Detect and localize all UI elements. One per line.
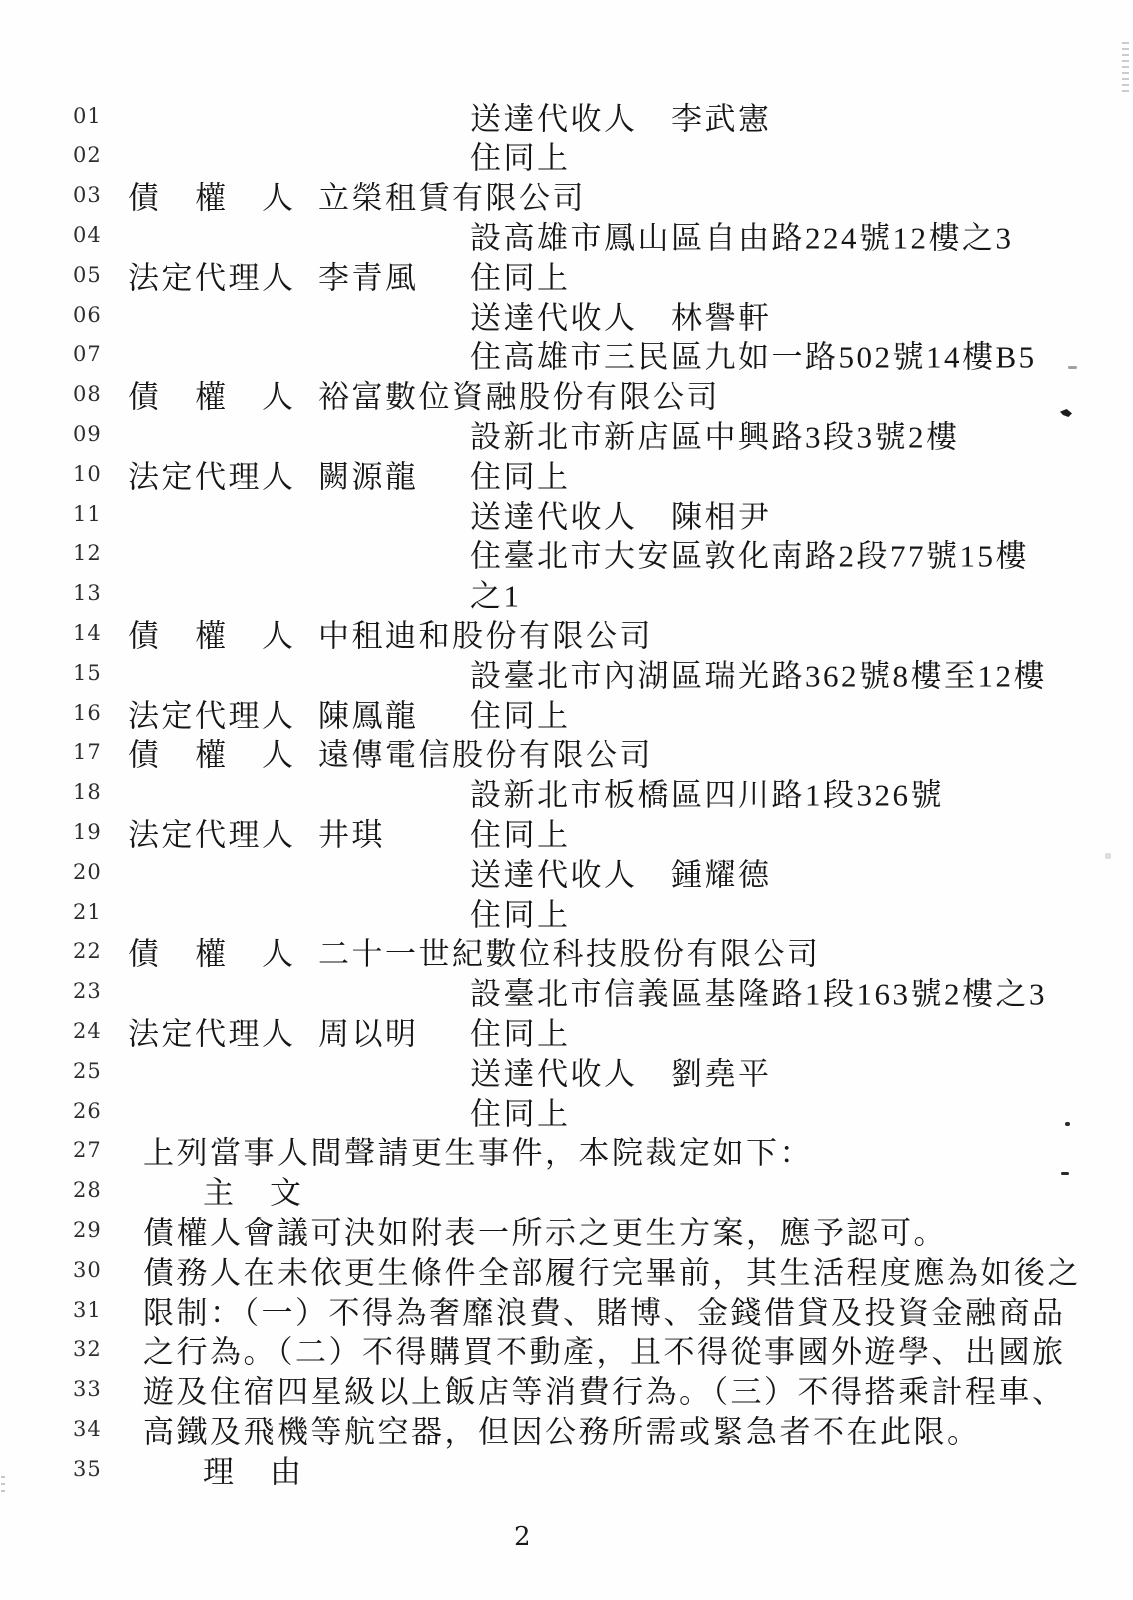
line-number: 13 — [73, 581, 102, 605]
detail-text: 住同上 — [470, 1088, 571, 1133]
line-number: 06 — [73, 303, 102, 327]
document-line-22: 22債 權 人二十一世紀數位科技股份有限公司 — [0, 931, 1133, 971]
role-text: 債 權 人 — [128, 173, 296, 218]
document-line-21: 21住同上 — [0, 892, 1133, 932]
document-line-07: 07住高雄市三民區九如一路502號14樓B5 — [0, 334, 1133, 374]
role-text: 債 權 人 — [128, 730, 296, 775]
detail-text: 送達代收人 鍾耀德 — [470, 849, 772, 894]
detail-text: 設高雄市鳳山區自由路224號12樓之3 — [470, 212, 1014, 257]
document-line-26: 26住同上 — [0, 1091, 1133, 1131]
body-text: 之行為。（二）不得購買不動產，且不得從事國外遊學、出國旅 — [143, 1327, 1066, 1372]
line-number: 28 — [73, 1178, 102, 1202]
detail-text: 設新北市板橋區四川路1段326號 — [470, 770, 944, 815]
page-number: 2 — [514, 1522, 531, 1552]
detail-text: 送達代收人 陳相尹 — [470, 491, 772, 536]
line-number: 22 — [73, 939, 102, 963]
document-line-14: 14債 權 人中租迪和股份有限公司 — [0, 613, 1133, 653]
line-number: 10 — [73, 462, 102, 486]
document-line-13: 13之1 — [0, 573, 1133, 613]
line-number: 30 — [73, 1258, 102, 1282]
line-number: 35 — [73, 1457, 102, 1481]
name-text: 二十一世紀數位科技股份有限公司 — [318, 929, 821, 974]
residence-text: 住同上 — [470, 809, 571, 854]
document-line-18: 18設新北市板橋區四川路1段326號 — [0, 772, 1133, 812]
line-number: 25 — [73, 1059, 102, 1083]
document-line-16: 16法定代理人陳鳳龍住同上 — [0, 693, 1133, 733]
line-number: 03 — [73, 183, 102, 207]
role-text: 債 權 人 — [128, 372, 296, 417]
role-text: 法定代理人 — [128, 809, 296, 854]
line-number: 11 — [73, 502, 102, 526]
detail-text: 住同上 — [470, 889, 571, 934]
name-text: 中租迪和股份有限公司 — [318, 610, 653, 655]
body-text: 限制：（一）不得為奢靡浪費、賭博、金錢借貸及投資金融商品 — [143, 1287, 1066, 1332]
document-page: 01送達代收人 李武憲02住同上03債 權 人立榮租賃有限公司04設高雄市鳳山區… — [0, 0, 1133, 1600]
name-text: 遠傳電信股份有限公司 — [318, 730, 653, 775]
detail-text: 設新北市新店區中興路3段3號2樓 — [470, 411, 960, 456]
document-line-28: 28主 文 — [0, 1170, 1133, 1210]
role-text: 法定代理人 — [128, 690, 296, 735]
heading-text: 主 文 — [203, 1168, 304, 1213]
body-text: 遊及住宿四星級以上飯店等消費行為。（三）不得搭乘計程車、 — [143, 1367, 1066, 1412]
detail-text: 送達代收人 林譽軒 — [470, 292, 772, 337]
line-number: 01 — [73, 104, 102, 128]
line-number: 27 — [73, 1138, 102, 1162]
document-line-06: 06送達代收人 林譽軒 — [0, 295, 1133, 335]
detail-text: 住同上 — [470, 133, 571, 178]
line-number: 07 — [73, 342, 102, 366]
role-text: 法定代理人 — [128, 1008, 296, 1053]
detail-text: 送達代收人 劉堯平 — [470, 1048, 772, 1093]
document-line-08: 08債 權 人裕富數位資融股份有限公司 — [0, 374, 1133, 414]
name-text: 李青風 — [318, 252, 419, 297]
document-line-19: 19法定代理人井琪住同上 — [0, 812, 1133, 852]
line-number: 34 — [73, 1417, 102, 1441]
line-number: 32 — [73, 1337, 102, 1361]
scan-artifact-edge-marks — [1122, 42, 1129, 92]
line-number: 29 — [73, 1218, 102, 1242]
document-line-10: 10法定代理人闕源龍住同上 — [0, 454, 1133, 494]
line-number: 05 — [73, 263, 102, 287]
document-line-20: 20送達代收人 鍾耀德 — [0, 852, 1133, 892]
detail-text: 住臺北市大安區敦化南路2段77號15樓 — [470, 531, 1029, 576]
residence-text: 住同上 — [470, 1008, 571, 1053]
line-number: 19 — [73, 820, 102, 844]
line-number: 18 — [73, 780, 102, 804]
document-line-31: 31限制：（一）不得為奢靡浪費、賭博、金錢借貸及投資金融商品 — [0, 1290, 1133, 1330]
line-number: 08 — [73, 382, 102, 406]
name-text: 陳鳳龍 — [318, 690, 419, 735]
document-line-30: 30債務人在未依更生條件全部履行完畢前，其生活程度應為如後之 — [0, 1250, 1133, 1290]
document-line-32: 32之行為。（二）不得購買不動產，且不得從事國外遊學、出國旅 — [0, 1329, 1133, 1369]
role-text: 債 權 人 — [128, 610, 296, 655]
document-line-02: 02住同上 — [0, 135, 1133, 175]
line-number: 24 — [73, 1019, 102, 1043]
document-line-12: 12住臺北市大安區敦化南路2段77號15樓 — [0, 533, 1133, 573]
document-line-09: 09設新北市新店區中興路3段3號2樓 — [0, 414, 1133, 454]
body-text: 債權人會議可決如附表一所示之更生方案，應予認可。 — [143, 1207, 947, 1252]
line-number: 02 — [73, 143, 102, 167]
detail-text: 設臺北市信義區基隆路1段163號2樓之3 — [470, 969, 1047, 1014]
line-number: 21 — [73, 900, 102, 924]
document-line-29: 29債權人會議可決如附表一所示之更生方案，應予認可。 — [0, 1210, 1133, 1250]
residence-text: 住同上 — [470, 252, 571, 297]
detail-text: 設臺北市內湖區瑞光路362號8樓至12樓 — [470, 650, 1047, 695]
document-line-15: 15設臺北市內湖區瑞光路362號8樓至12樓 — [0, 653, 1133, 693]
line-number: 09 — [73, 422, 102, 446]
line-number: 31 — [73, 1298, 102, 1322]
role-text: 法定代理人 — [128, 451, 296, 496]
document-line-34: 34高鐵及飛機等航空器，但因公務所需或緊急者不在此限。 — [0, 1409, 1133, 1449]
name-text: 立榮租賃有限公司 — [318, 173, 586, 218]
line-number: 26 — [73, 1099, 102, 1123]
residence-text: 住同上 — [470, 451, 571, 496]
detail-text: 住高雄市三民區九如一路502號14樓B5 — [470, 332, 1037, 377]
line-number: 33 — [73, 1377, 102, 1401]
name-text: 周以明 — [318, 1008, 419, 1053]
document-line-24: 24法定代理人周以明住同上 — [0, 1011, 1133, 1051]
line-number: 20 — [73, 860, 102, 884]
body-text: 債務人在未依更生條件全部履行完畢前，其生活程度應為如後之 — [143, 1247, 1081, 1292]
document-line-03: 03債 權 人立榮租賃有限公司 — [0, 175, 1133, 215]
name-text: 裕富數位資融股份有限公司 — [318, 372, 720, 417]
heading-text: 理 由 — [203, 1446, 304, 1491]
line-number: 23 — [73, 979, 102, 1003]
detail-text: 送達代收人 李武憲 — [470, 93, 772, 138]
name-text: 井琪 — [318, 809, 385, 854]
document-line-33: 33遊及住宿四星級以上飯店等消費行為。（三）不得搭乘計程車、 — [0, 1369, 1133, 1409]
document-line-01: 01送達代收人 李武憲 — [0, 96, 1133, 136]
name-text: 闕源龍 — [318, 451, 419, 496]
detail-text: 之1 — [470, 571, 522, 616]
residence-text: 住同上 — [470, 690, 571, 735]
document-line-11: 11送達代收人 陳相尹 — [0, 494, 1133, 534]
document-line-25: 25送達代收人 劉堯平 — [0, 1051, 1133, 1091]
document-line-23: 23設臺北市信義區基隆路1段163號2樓之3 — [0, 971, 1133, 1011]
document-line-05: 05法定代理人李青風住同上 — [0, 255, 1133, 295]
document-line-27: 27上列當事人間聲請更生事件，本院裁定如下： — [0, 1130, 1133, 1170]
line-number: 15 — [73, 661, 102, 685]
line-number: 14 — [73, 621, 102, 645]
document-line-17: 17債 權 人遠傳電信股份有限公司 — [0, 732, 1133, 772]
line-number: 17 — [73, 740, 102, 764]
line-number: 16 — [73, 701, 102, 725]
line-number: 12 — [73, 541, 102, 565]
document-line-04: 04設高雄市鳳山區自由路224號12樓之3 — [0, 215, 1133, 255]
body-text: 上列當事人間聲請更生事件，本院裁定如下： — [143, 1128, 813, 1173]
role-text: 債 權 人 — [128, 929, 296, 974]
role-text: 法定代理人 — [128, 252, 296, 297]
body-text: 高鐵及飛機等航空器，但因公務所需或緊急者不在此限。 — [143, 1406, 981, 1451]
document-line-35: 35理 由 — [0, 1449, 1133, 1489]
line-number: 04 — [73, 223, 102, 247]
